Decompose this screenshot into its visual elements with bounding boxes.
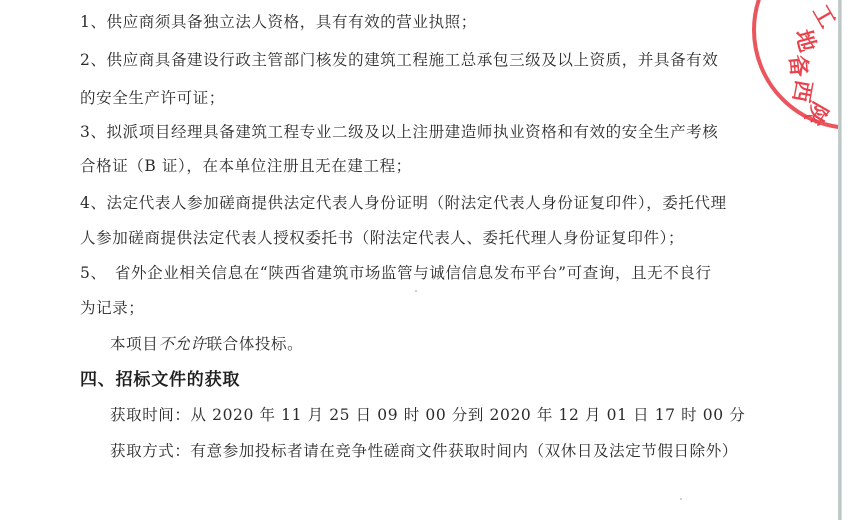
requirement-2: 2、供应商具备建设行政主管部门核发的建筑工程施工总承包三级及以上资质，并具备有效: [80, 50, 718, 70]
consortium-note: 本项目不允许联合体投标。: [110, 334, 303, 354]
scan-speck: [680, 498, 682, 500]
consortium-note-suffix: 联合体投标。: [207, 335, 304, 353]
seal-char-3: 备: [785, 54, 809, 78]
requirement-4: 4、法定代表人参加磋商提供法定代表人身份证明（附法定代表人身份证复印件），委托代…: [80, 193, 727, 213]
consortium-note-emphasis: 不允许: [158, 335, 206, 353]
document-page: 1、供应商须具备独立法人资格，具有有效的营业执照； 2、供应商具备建设行政主管部…: [0, 0, 838, 520]
requirement-2-continuation: 的安全生产许可证；: [80, 88, 225, 108]
acquisition-method: 获取方式：有意参加投标者请在竞争性磋商文件获取时间内（双休日及法定节假日除外）: [110, 441, 738, 461]
section-heading-document-acquisition: 四、招标文件的获取: [80, 369, 240, 391]
requirement-3: 3、拟派项目经理具备建筑工程专业二级及以上注册建造师执业资格和有效的安全生产考核: [80, 122, 718, 142]
requirement-4-continuation: 人参加磋商提供法定代表人授权委托书（附法定代表人、委托代理人身份证复印件）；: [80, 228, 684, 248]
requirement-5-continuation: 为记录；: [80, 298, 144, 318]
requirement-5: 5、 省外企业相关信息在“陕西省建筑市场监管与诚信信息发布平台”可查询，且无不良…: [80, 263, 712, 283]
requirement-3-continuation: 合格证（B 证），在本单位注册且无在建工程；: [80, 156, 412, 176]
consortium-note-prefix: 本项目: [110, 335, 158, 353]
requirement-1: 1、供应商须具备独立法人资格，具有有效的营业执照；: [80, 12, 477, 32]
page-edge-shadow: [838, 0, 850, 520]
scan-speck: [415, 290, 417, 292]
acquisition-time: 获取时间：从 2020 年 11 月 25 日 09 时 00 分到 2020 …: [110, 405, 745, 425]
